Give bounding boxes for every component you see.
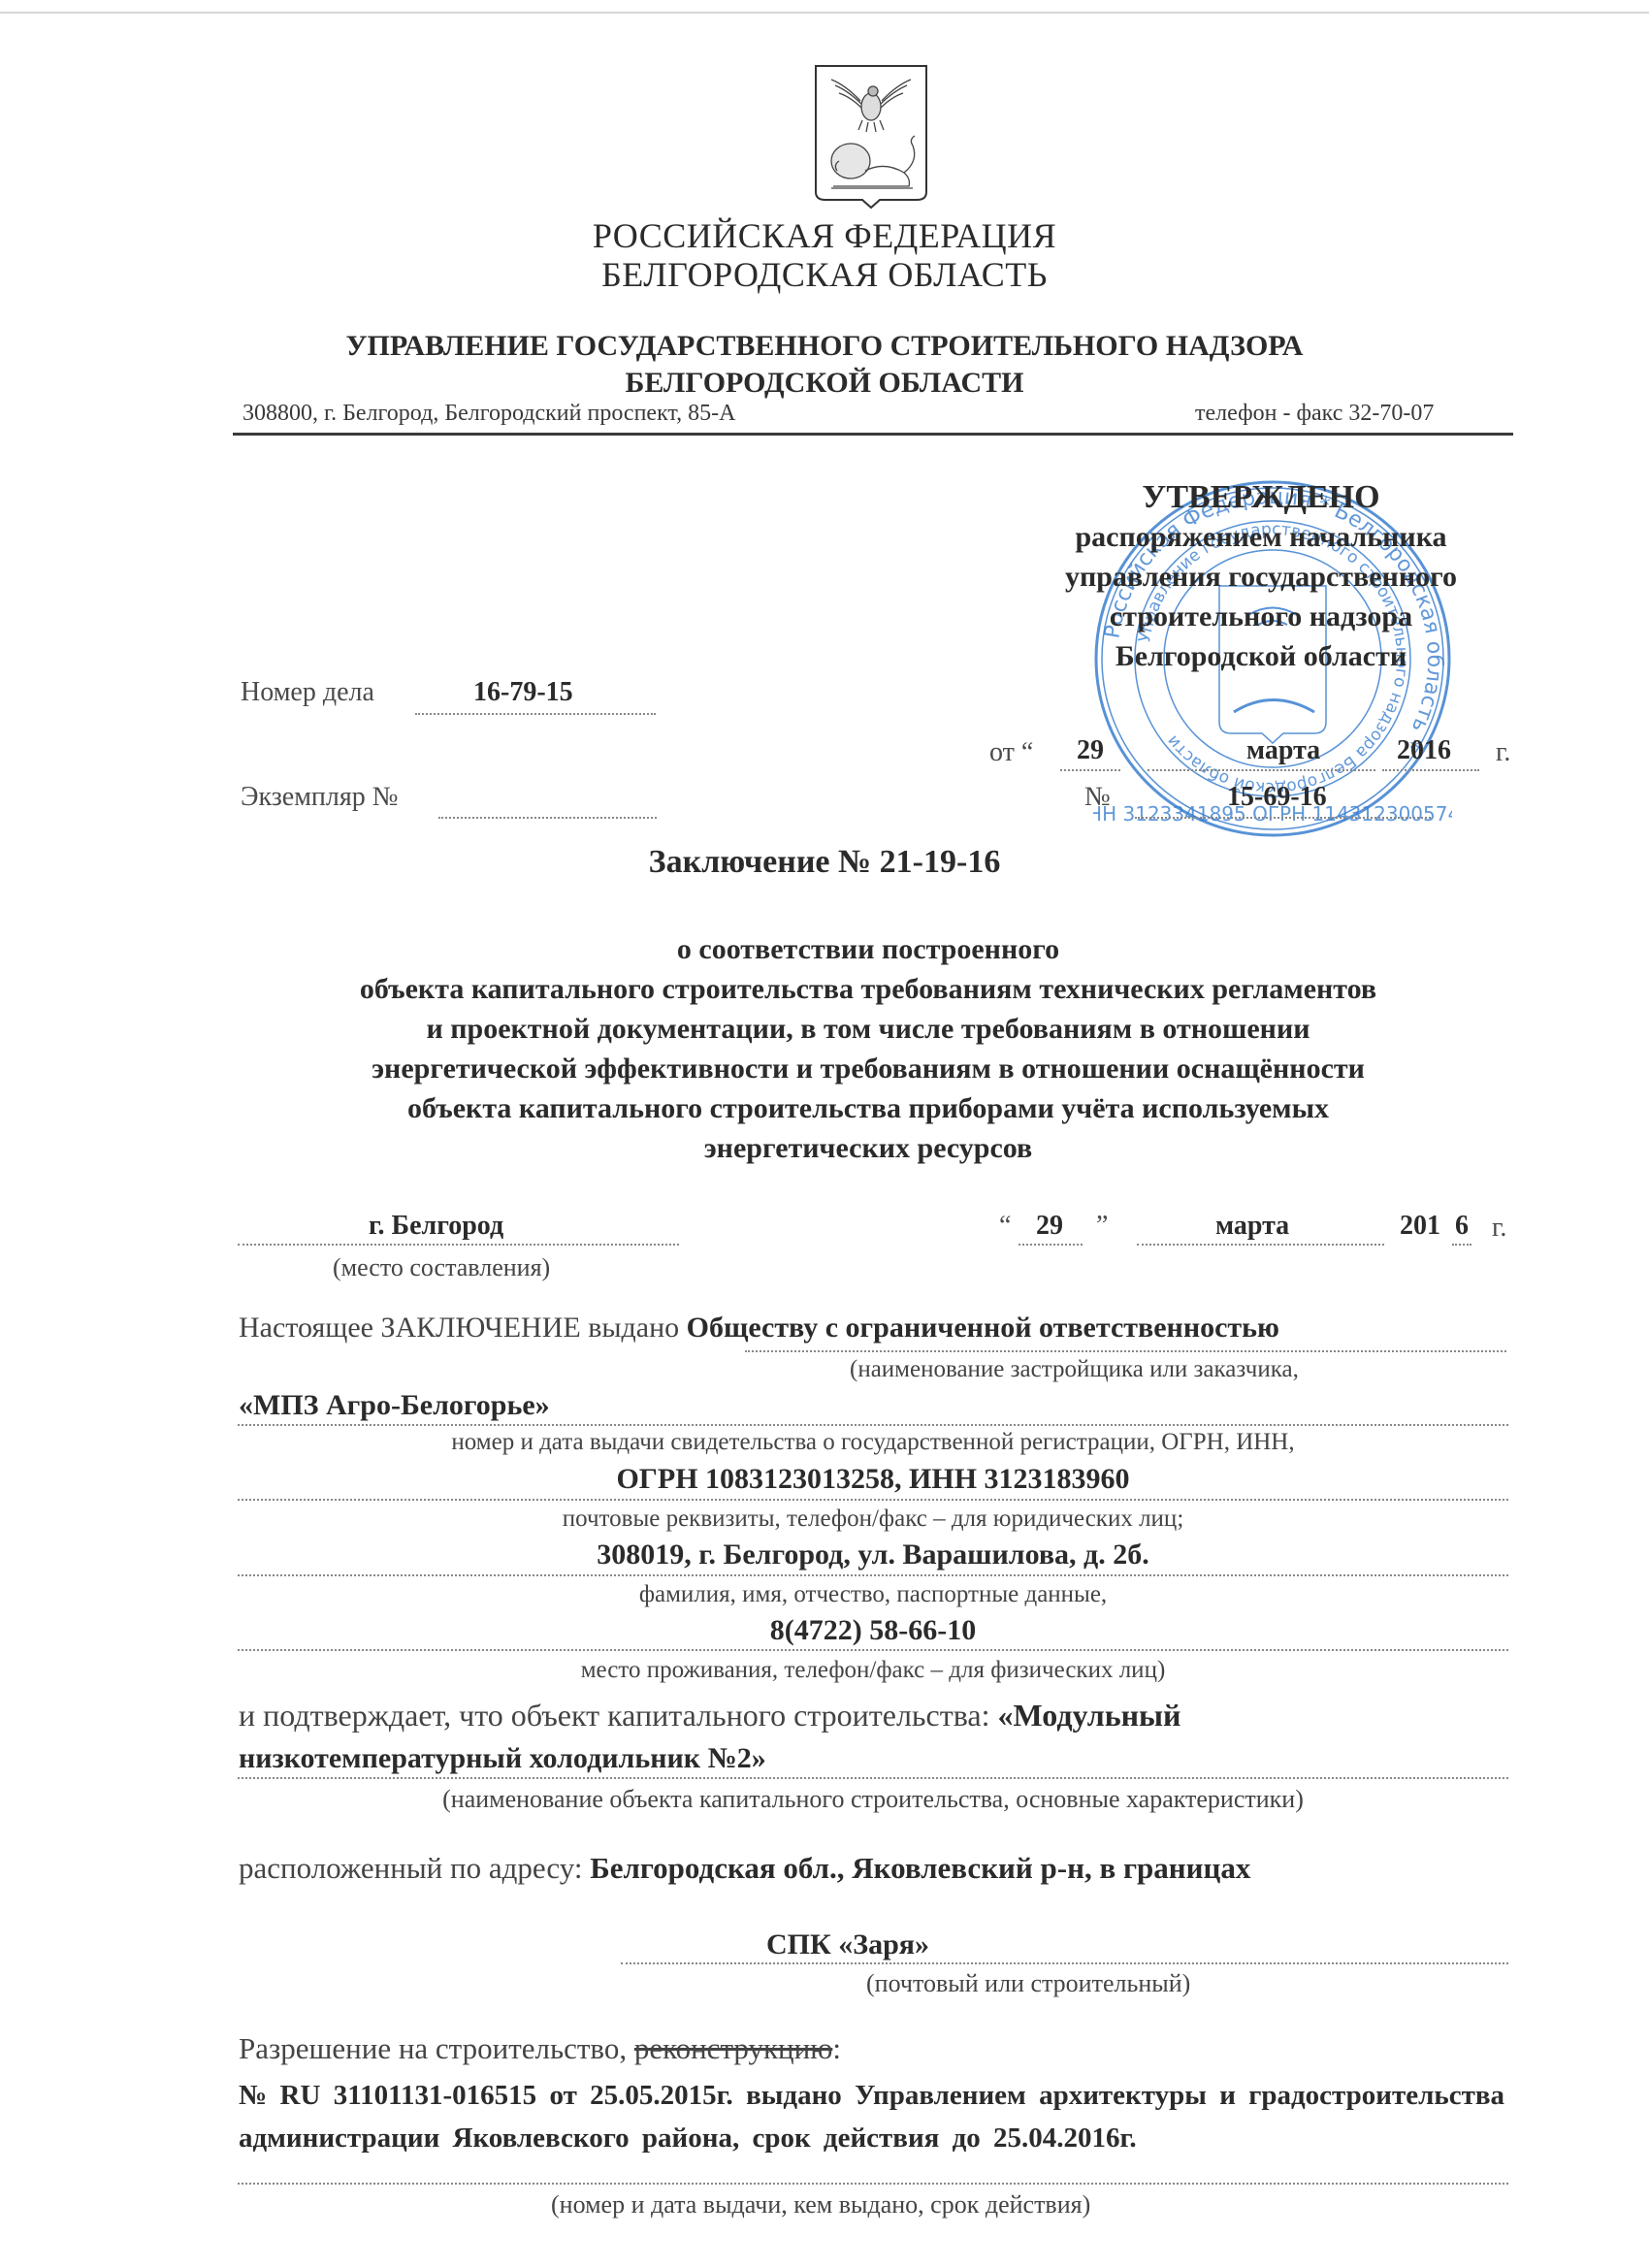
place-day: 29: [1036, 1211, 1063, 1242]
place-value: г. Белгород: [369, 1211, 503, 1242]
subtitle-line: энергетической эффективности и требовани…: [223, 1049, 1513, 1088]
permit-text: № RU 31101131-016515 от 25.05.2015г. выд…: [239, 2074, 1504, 2159]
subtitle-line: и проектной документации, в том числе тр…: [223, 1009, 1513, 1049]
issued-lead-text: Настоящее ЗАКЛЮЧЕНИЕ выдано: [239, 1312, 679, 1344]
issued-org-name-underline: [238, 1424, 1508, 1426]
date-quote-close: ”: [1096, 1211, 1108, 1242]
issued-phone-underline: [238, 1649, 1508, 1651]
permit-lead: Разрешение на строительство,: [239, 2031, 627, 2065]
subtitle-line: объекта капитального строительства требо…: [223, 969, 1513, 1009]
issued-caption-3: почтовые реквизиты, телефон/факс – для ю…: [238, 1506, 1508, 1533]
case-number-underline: [415, 713, 656, 715]
place-year-underline: [1452, 1244, 1471, 1246]
approval-month-underline: [1148, 769, 1375, 771]
subtitle-line: энергетических ресурсов: [223, 1128, 1513, 1168]
region-heading: БЕЛГОРОДСКАЯ ОБЛАСТЬ: [0, 254, 1649, 295]
place-caption: (место составления): [333, 1253, 550, 1282]
location-line: расположенный по адресу: Белгородская об…: [239, 1851, 1250, 1886]
place-month-underline: [1137, 1244, 1384, 1246]
coat-of-arms-icon: [812, 64, 930, 210]
approval-number-underline: [1135, 817, 1431, 819]
place-underline: [238, 1244, 679, 1246]
permit-caption: (номер и дата выдачи, кем выдано, срок д…: [551, 2190, 1090, 2219]
object-name-part1: «Модульный: [997, 1698, 1180, 1733]
permit-underline: [238, 2183, 1508, 2185]
issued-lead: Настоящее ЗАКЛЮЧЕНИЕ выдано Обществу с о…: [239, 1312, 1279, 1345]
location-lead: расположенный по адресу:: [239, 1851, 582, 1885]
approval-year: 2016: [1397, 735, 1451, 766]
permit-lead-line: Разрешение на строительство, реконструкц…: [239, 2031, 841, 2066]
scan-edge-line: [0, 12, 1649, 14]
place-year-digit: 6: [1455, 1211, 1469, 1242]
conclusion-title: Заключение № 21-19-16: [0, 844, 1649, 881]
agency-heading-line2: БЕЛГОРОДСКОЙ ОБЛАСТИ: [0, 367, 1649, 400]
approval-line: распоряжением начальника: [989, 517, 1533, 557]
issued-org-type: Обществу с ограниченной ответственностью: [687, 1312, 1279, 1344]
object-name-underline: [238, 1777, 1508, 1779]
approval-year-suffix: г.: [1496, 737, 1510, 768]
approval-line: управления государственного: [989, 557, 1533, 597]
location-address-2: СПК «Заря»: [766, 1928, 929, 1961]
approval-line: Белгородской области: [989, 636, 1533, 676]
approval-day: 29: [1077, 735, 1104, 766]
case-number-label: Номер дела: [241, 677, 374, 708]
approval-year-underline: [1382, 769, 1479, 771]
place-month: марта: [1215, 1211, 1289, 1242]
letterhead-divider: [233, 433, 1513, 436]
issued-org-type-underline: [745, 1350, 1506, 1352]
copy-number-underline: [438, 817, 657, 819]
case-number-value: 16-79-15: [473, 677, 573, 708]
permit-colon: :: [832, 2031, 841, 2065]
date-quote-open: “: [999, 1211, 1011, 1242]
permit-struck-word: реконструкцию: [634, 2031, 833, 2065]
issued-caption-1: (наименование застройщика или заказчика,: [850, 1356, 1299, 1383]
subtitle-line: объекта капитального строительства прибо…: [223, 1088, 1513, 1128]
place-year-suffix: г.: [1492, 1213, 1506, 1244]
agency-phone: телефон - факс 32-70-07: [1195, 401, 1434, 427]
approval-month: марта: [1246, 735, 1320, 766]
approval-heading: УТВЕРЖДЕНО: [989, 477, 1533, 517]
approval-number-label: №: [1084, 782, 1111, 813]
issued-caption-5: место проживания, телефон/факс – для физ…: [238, 1657, 1508, 1684]
issued-registration-underline: [238, 1499, 1508, 1501]
issued-phone: 8(4722) 58-66-10: [238, 1614, 1508, 1647]
place-year-prefix: 201: [1400, 1211, 1440, 1242]
location-underline: [621, 1962, 1508, 1964]
agency-address: 308800, г. Белгород, Белгородский проспе…: [242, 401, 735, 427]
copy-number-label: Экземпляр №: [241, 782, 398, 813]
issued-caption-2: номер и дата выдачи свидетельства о госу…: [238, 1429, 1508, 1456]
issued-org-name: «МПЗ Агро-Белогорье»: [239, 1389, 550, 1422]
approval-date-prefix: от “: [989, 737, 1033, 768]
conclusion-subtitle: о соответствии построенного объекта капи…: [223, 929, 1513, 1168]
location-address: Белгородская обл., Яковлевский р-н, в гр…: [590, 1851, 1250, 1885]
approval-line: строительного надзора: [989, 597, 1533, 636]
object-name-part2: низкотемпературный холодильник №2»: [239, 1742, 766, 1775]
agency-heading-line1: УПРАВЛЕНИЕ ГОСУДАРСТВЕННОГО СТРОИТЕЛЬНОГ…: [0, 330, 1649, 363]
country-heading: РОССИЙСКАЯ ФЕДЕРАЦИЯ: [0, 215, 1649, 256]
issued-postal: 308019, г. Белгород, ул. Варашилова, д. …: [238, 1539, 1508, 1571]
approval-number: 15-69-16: [1227, 782, 1327, 813]
issued-postal-underline: [238, 1574, 1508, 1576]
object-caption: (наименование объекта капитального строи…: [238, 1785, 1508, 1814]
approval-block: УТВЕРЖДЕНО распоряжением начальника упра…: [989, 477, 1533, 676]
issued-caption-4: фамилия, имя, отчество, паспортные данны…: [238, 1581, 1508, 1608]
issued-registration: ОГРН 1083123013258, ИНН 3123183960: [238, 1463, 1508, 1496]
place-day-underline: [1018, 1244, 1083, 1246]
subtitle-line: о соответствии построенного: [223, 929, 1513, 969]
approval-day-underline: [1060, 769, 1120, 771]
object-line-1: и подтверждает, что объект капитального …: [239, 1698, 1180, 1733]
object-lead: и подтверждает, что объект капитального …: [239, 1698, 989, 1733]
location-caption: (почтовый или строительный): [866, 1969, 1190, 1998]
